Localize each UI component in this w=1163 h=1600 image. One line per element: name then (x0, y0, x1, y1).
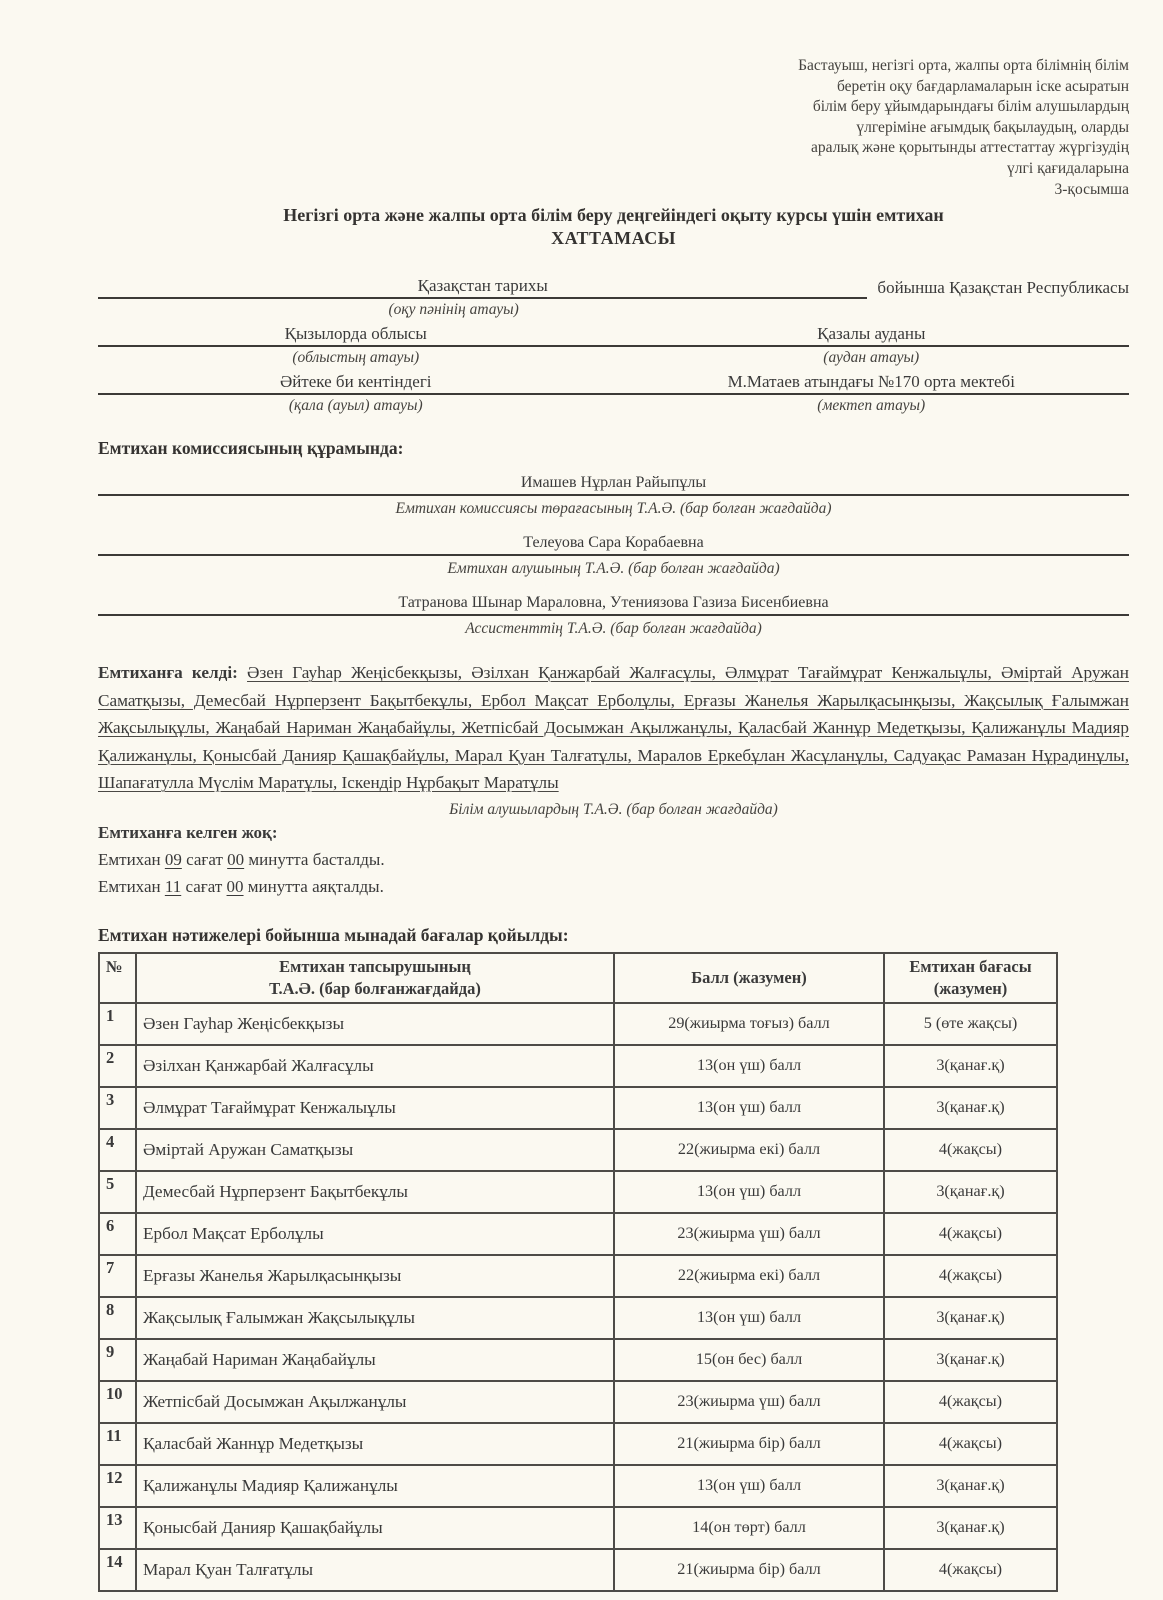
commission-chairman-name: Имашев Нұрлан Райыпұлы (98, 474, 1129, 496)
header-number: № (99, 953, 136, 1003)
commission-assistant-entry: Татранова Шынар Мараловна, Утениязова Га… (98, 594, 1129, 639)
row-examinee-name: Қалижанұлы Мадияр Қалижанұлы (136, 1465, 614, 1507)
row-examinee-name: Демесбай Нұрперзент Бақытбекұлы (136, 1171, 614, 1213)
subject-field: Қазақстан тарихы (98, 276, 867, 299)
row-grade: 3(қанағ.қ) (884, 1297, 1057, 1339)
row-score: 15(он бес) балл (614, 1339, 884, 1381)
row-grade: 5 (өте жақсы) (884, 1003, 1057, 1045)
header-examinee-name-line1: Емтихан тапсырушының (143, 956, 607, 978)
row-number: 8 (99, 1297, 136, 1339)
row-score: 21(жиырма бір) балл (614, 1423, 884, 1465)
scanned-document-page: Бастауыш, негізгі орта, жалпы орта білім… (0, 0, 1163, 1600)
regulation-note-line: аралық және қорытынды аттестаттау жүргіз… (98, 138, 1129, 159)
region-field: Қызылорда облысы (98, 324, 614, 347)
row-examinee-name: Жаңабай Нариман Жаңабайұлы (136, 1339, 614, 1381)
row-number: 6 (99, 1213, 136, 1255)
row-examinee-name: Ербол Мақсат Ерболұлы (136, 1213, 614, 1255)
row-examinee-name: Жетпісбай Досымжан Ақылжанұлы (136, 1381, 614, 1423)
table-row: 5 Демесбай Нұрперзент Бақытбекұлы 13(он … (99, 1171, 1057, 1213)
commission-heading: Емтихан комиссиясының құрамында: (98, 438, 1129, 459)
document-title: Негізгі орта және жалпы орта білім беру … (98, 204, 1129, 250)
exam-start-minute: 00 (227, 850, 244, 869)
row-examinee-name: Әміртай Аружан Саматқызы (136, 1129, 614, 1171)
row-grade: 4(жақсы) (884, 1381, 1057, 1423)
attendance-present-label: Емтиханға келді: (98, 663, 238, 682)
commission-examiner-entry: Телеуова Сара Корабаевна Емтихан алушыны… (98, 534, 1129, 579)
table-row: 4 Әміртай Аружан Саматқызы 22(жиырма екі… (99, 1129, 1057, 1171)
attendance-caption: Білім алушылардың Т.А.Ә. (бар болған жағ… (98, 797, 1129, 820)
row-examinee-name: Әзен Гауһар Жеңісбекқызы (136, 1003, 614, 1045)
row-grade: 3(қанағ.қ) (884, 1171, 1057, 1213)
exam-end-line: Емтихан 11 сағат 00 минутта аяқталды. (98, 874, 1129, 899)
attendance-present-names: Әзен Гауһар Жеңісбекқызы, Әзілхан Қанжар… (98, 663, 1129, 792)
district-field: Қазалы ауданы (614, 324, 1130, 347)
exam-start-line: Емтихан 09 сағат 00 минутта басталды. (98, 847, 1129, 872)
row-score: 29(жиырма тоғыз) балл (614, 1003, 884, 1045)
row-score: 22(жиырма екі) балл (614, 1129, 884, 1171)
row-score: 13(он үш) балл (614, 1297, 884, 1339)
row-number: 9 (99, 1339, 136, 1381)
row-score: 23(жиырма үш) балл (614, 1381, 884, 1423)
exam-start-prefix: Емтихан (98, 850, 165, 869)
row-number: 4 (99, 1129, 136, 1171)
region-caption: (облыстың атауы) (98, 347, 614, 368)
row-grade: 4(жақсы) (884, 1255, 1057, 1297)
commission-assistant-names: Татранова Шынар Мараловна, Утениязова Га… (98, 594, 1129, 616)
row-score: 13(он үш) балл (614, 1045, 884, 1087)
row-grade: 4(жақсы) (884, 1549, 1057, 1591)
header-grade-line2: (жазумен) (891, 978, 1050, 1000)
table-row: 3 Әлмұрат Тағаймұрат Кенжалыұлы 13(он үш… (99, 1087, 1057, 1129)
row-examinee-name: Әзілхан Қанжарбай Жалғасұлы (136, 1045, 614, 1087)
row-examinee-name: Әлмұрат Тағаймұрат Кенжалыұлы (136, 1087, 614, 1129)
exam-start-hour: 09 (165, 850, 182, 869)
results-table-header-row: № Емтихан тапсырушының Т.А.Ә. (бар болға… (99, 953, 1057, 1003)
row-number: 12 (99, 1465, 136, 1507)
row-grade: 4(жақсы) (884, 1213, 1057, 1255)
commission-examiner-caption: Емтихан алушының Т.А.Ә. (бар болған жағд… (98, 556, 1129, 579)
table-row: 2 Әзілхан Қанжарбай Жалғасұлы 13(он үш) … (99, 1045, 1057, 1087)
table-row: 7 Ерғазы Жанелья Жарылқасынқызы 22(жиырм… (99, 1255, 1057, 1297)
region-district-row: Қызылорда облысы Қазалы ауданы (98, 324, 1129, 347)
row-score: 14(он төрт) балл (614, 1507, 884, 1549)
exam-end-hour: 11 (165, 877, 181, 896)
row-grade: 3(қанағ.қ) (884, 1339, 1057, 1381)
table-row: 10 Жетпісбай Досымжан Ақылжанұлы 23(жиыр… (99, 1381, 1057, 1423)
school-caption: (мектеп атауы) (614, 395, 1130, 416)
city-school-row: Әйтеке би кентіндегі М.Матаев атындағы №… (98, 372, 1129, 395)
header-grade: Емтихан бағасы (жазумен) (884, 953, 1057, 1003)
table-row: 12 Қалижанұлы Мадияр Қалижанұлы 13(он үш… (99, 1465, 1057, 1507)
exam-start-mid: сағат (182, 850, 227, 869)
row-number: 10 (99, 1381, 136, 1423)
school-field: М.Матаев атындағы №170 орта мектебі (614, 372, 1130, 395)
row-number: 3 (99, 1087, 136, 1129)
table-row: 8 Жақсылық Ғалымжан Жақсылықұлы 13(он үш… (99, 1297, 1057, 1339)
results-table-body: 1 Әзен Гауһар Жеңісбекқызы 29(жиырма тоғ… (99, 1003, 1057, 1591)
table-row: 14 Марал Қуан Талғатұлы 21(жиырма бір) б… (99, 1549, 1057, 1591)
row-score: 21(жиырма бір) балл (614, 1549, 884, 1591)
table-row: 1 Әзен Гауһар Жеңісбекқызы 29(жиырма тоғ… (99, 1003, 1057, 1045)
results-heading: Емтихан нәтижелері бойынша мынадай бағал… (98, 925, 1129, 946)
table-row: 11 Қаласбай Жаннұр Медетқызы 21(жиырма б… (99, 1423, 1057, 1465)
regulation-note-line: білім беру ұйымдарындағы білім алушылард… (98, 97, 1129, 118)
row-examinee-name: Марал Қуан Талғатұлы (136, 1549, 614, 1591)
commission-examiner-name: Телеуова Сара Корабаевна (98, 534, 1129, 556)
row-score: 13(он үш) балл (614, 1087, 884, 1129)
row-grade: 3(қанағ.қ) (884, 1465, 1057, 1507)
attendance-paragraph: Емтиханға келді: Әзен Гауһар Жеңісбекқыз… (98, 659, 1129, 797)
city-caption: (қала (ауыл) атауы) (98, 395, 614, 416)
regulation-note-line: үлгеріміне ағымдық бақылаудың, оларды (98, 118, 1129, 139)
table-row: 9 Жаңабай Нариман Жаңабайұлы 15(он бес) … (99, 1339, 1057, 1381)
row-grade: 4(жақсы) (884, 1129, 1057, 1171)
header-score: Балл (жазумен) (614, 953, 884, 1003)
commission-chairman-caption: Емтихан комиссиясы төрағасының Т.А.Ә. (б… (98, 496, 1129, 519)
row-score: 13(он үш) балл (614, 1465, 884, 1507)
document-title-line1: Негізгі орта және жалпы орта білім беру … (98, 204, 1129, 227)
row-grade: 3(қанағ.қ) (884, 1087, 1057, 1129)
appendix-number: 3-қосымша (98, 180, 1129, 201)
header-grade-line1: Емтихан бағасы (891, 956, 1050, 978)
commission-assistant-caption: Ассистенттің Т.А.Ә. (бар болған жағдайда… (98, 616, 1129, 639)
row-score: 23(жиырма үш) балл (614, 1213, 884, 1255)
results-table: № Емтихан тапсырушының Т.А.Ә. (бар болға… (98, 952, 1058, 1592)
regulation-note: Бастауыш, негізгі орта, жалпы орта білім… (98, 56, 1129, 200)
table-row: 6 Ербол Мақсат Ерболұлы 23(жиырма үш) ба… (99, 1213, 1057, 1255)
regulation-note-line: үлгі қағидаларына (98, 159, 1129, 180)
row-examinee-name: Қаласбай Жаннұр Медетқызы (136, 1423, 614, 1465)
regulation-note-line: беретін оқу бағдарламаларын іске асыраты… (98, 77, 1129, 98)
subject-suffix-text: бойынша Қазақстан Республикасы (867, 278, 1129, 299)
exam-end-suffix: минутта аяқталды. (244, 877, 384, 896)
header-examinee-name-line2: Т.А.Ә. (бар болғанжағдайда) (143, 978, 607, 1000)
row-grade: 3(қанағ.қ) (884, 1045, 1057, 1087)
absent-label: Емтиханға келген жоқ: (98, 820, 1129, 845)
table-row: 13 Қонысбай Данияр Қашақбайұлы 14(он төр… (99, 1507, 1057, 1549)
document-title-line2: ХАТТАМАСЫ (98, 227, 1129, 250)
regulation-note-line: Бастауыш, негізгі орта, жалпы орта білім… (98, 56, 1129, 77)
row-number: 5 (99, 1171, 136, 1213)
form-fields: Қазақстан тарихы бойынша Қазақстан Респу… (98, 276, 1129, 416)
row-examinee-name: Жақсылық Ғалымжан Жақсылықұлы (136, 1297, 614, 1339)
row-grade: 4(жақсы) (884, 1423, 1057, 1465)
row-number: 14 (99, 1549, 136, 1591)
city-field: Әйтеке би кентіндегі (98, 372, 614, 395)
row-examinee-name: Қонысбай Данияр Қашақбайұлы (136, 1507, 614, 1549)
row-number: 11 (99, 1423, 136, 1465)
row-examinee-name: Ерғазы Жанелья Жарылқасынқызы (136, 1255, 614, 1297)
exam-start-suffix: минутта басталды. (244, 850, 384, 869)
exam-end-minute: 00 (227, 877, 244, 896)
row-number: 13 (99, 1507, 136, 1549)
exam-end-mid: сағат (181, 877, 226, 896)
row-score: 13(он үш) балл (614, 1171, 884, 1213)
header-examinee-name: Емтихан тапсырушының Т.А.Ә. (бар болғанж… (136, 953, 614, 1003)
subject-caption: (оқу пәнінің атауы) (98, 299, 809, 320)
district-caption: (аудан атауы) (614, 347, 1130, 368)
row-score: 22(жиырма екі) балл (614, 1255, 884, 1297)
row-number: 2 (99, 1045, 136, 1087)
subject-caption-row: (оқу пәнінің атауы) (98, 299, 1129, 320)
region-district-caption-row: (облыстың атауы) (аудан атауы) (98, 347, 1129, 368)
row-grade: 3(қанағ.қ) (884, 1507, 1057, 1549)
city-school-caption-row: (қала (ауыл) атауы) (мектеп атауы) (98, 395, 1129, 416)
row-number: 7 (99, 1255, 136, 1297)
commission-chairman-entry: Имашев Нұрлан Райыпұлы Емтихан комиссияс… (98, 474, 1129, 519)
row-number: 1 (99, 1003, 136, 1045)
exam-end-prefix: Емтихан (98, 877, 165, 896)
subject-row: Қазақстан тарихы бойынша Қазақстан Респу… (98, 276, 1129, 299)
